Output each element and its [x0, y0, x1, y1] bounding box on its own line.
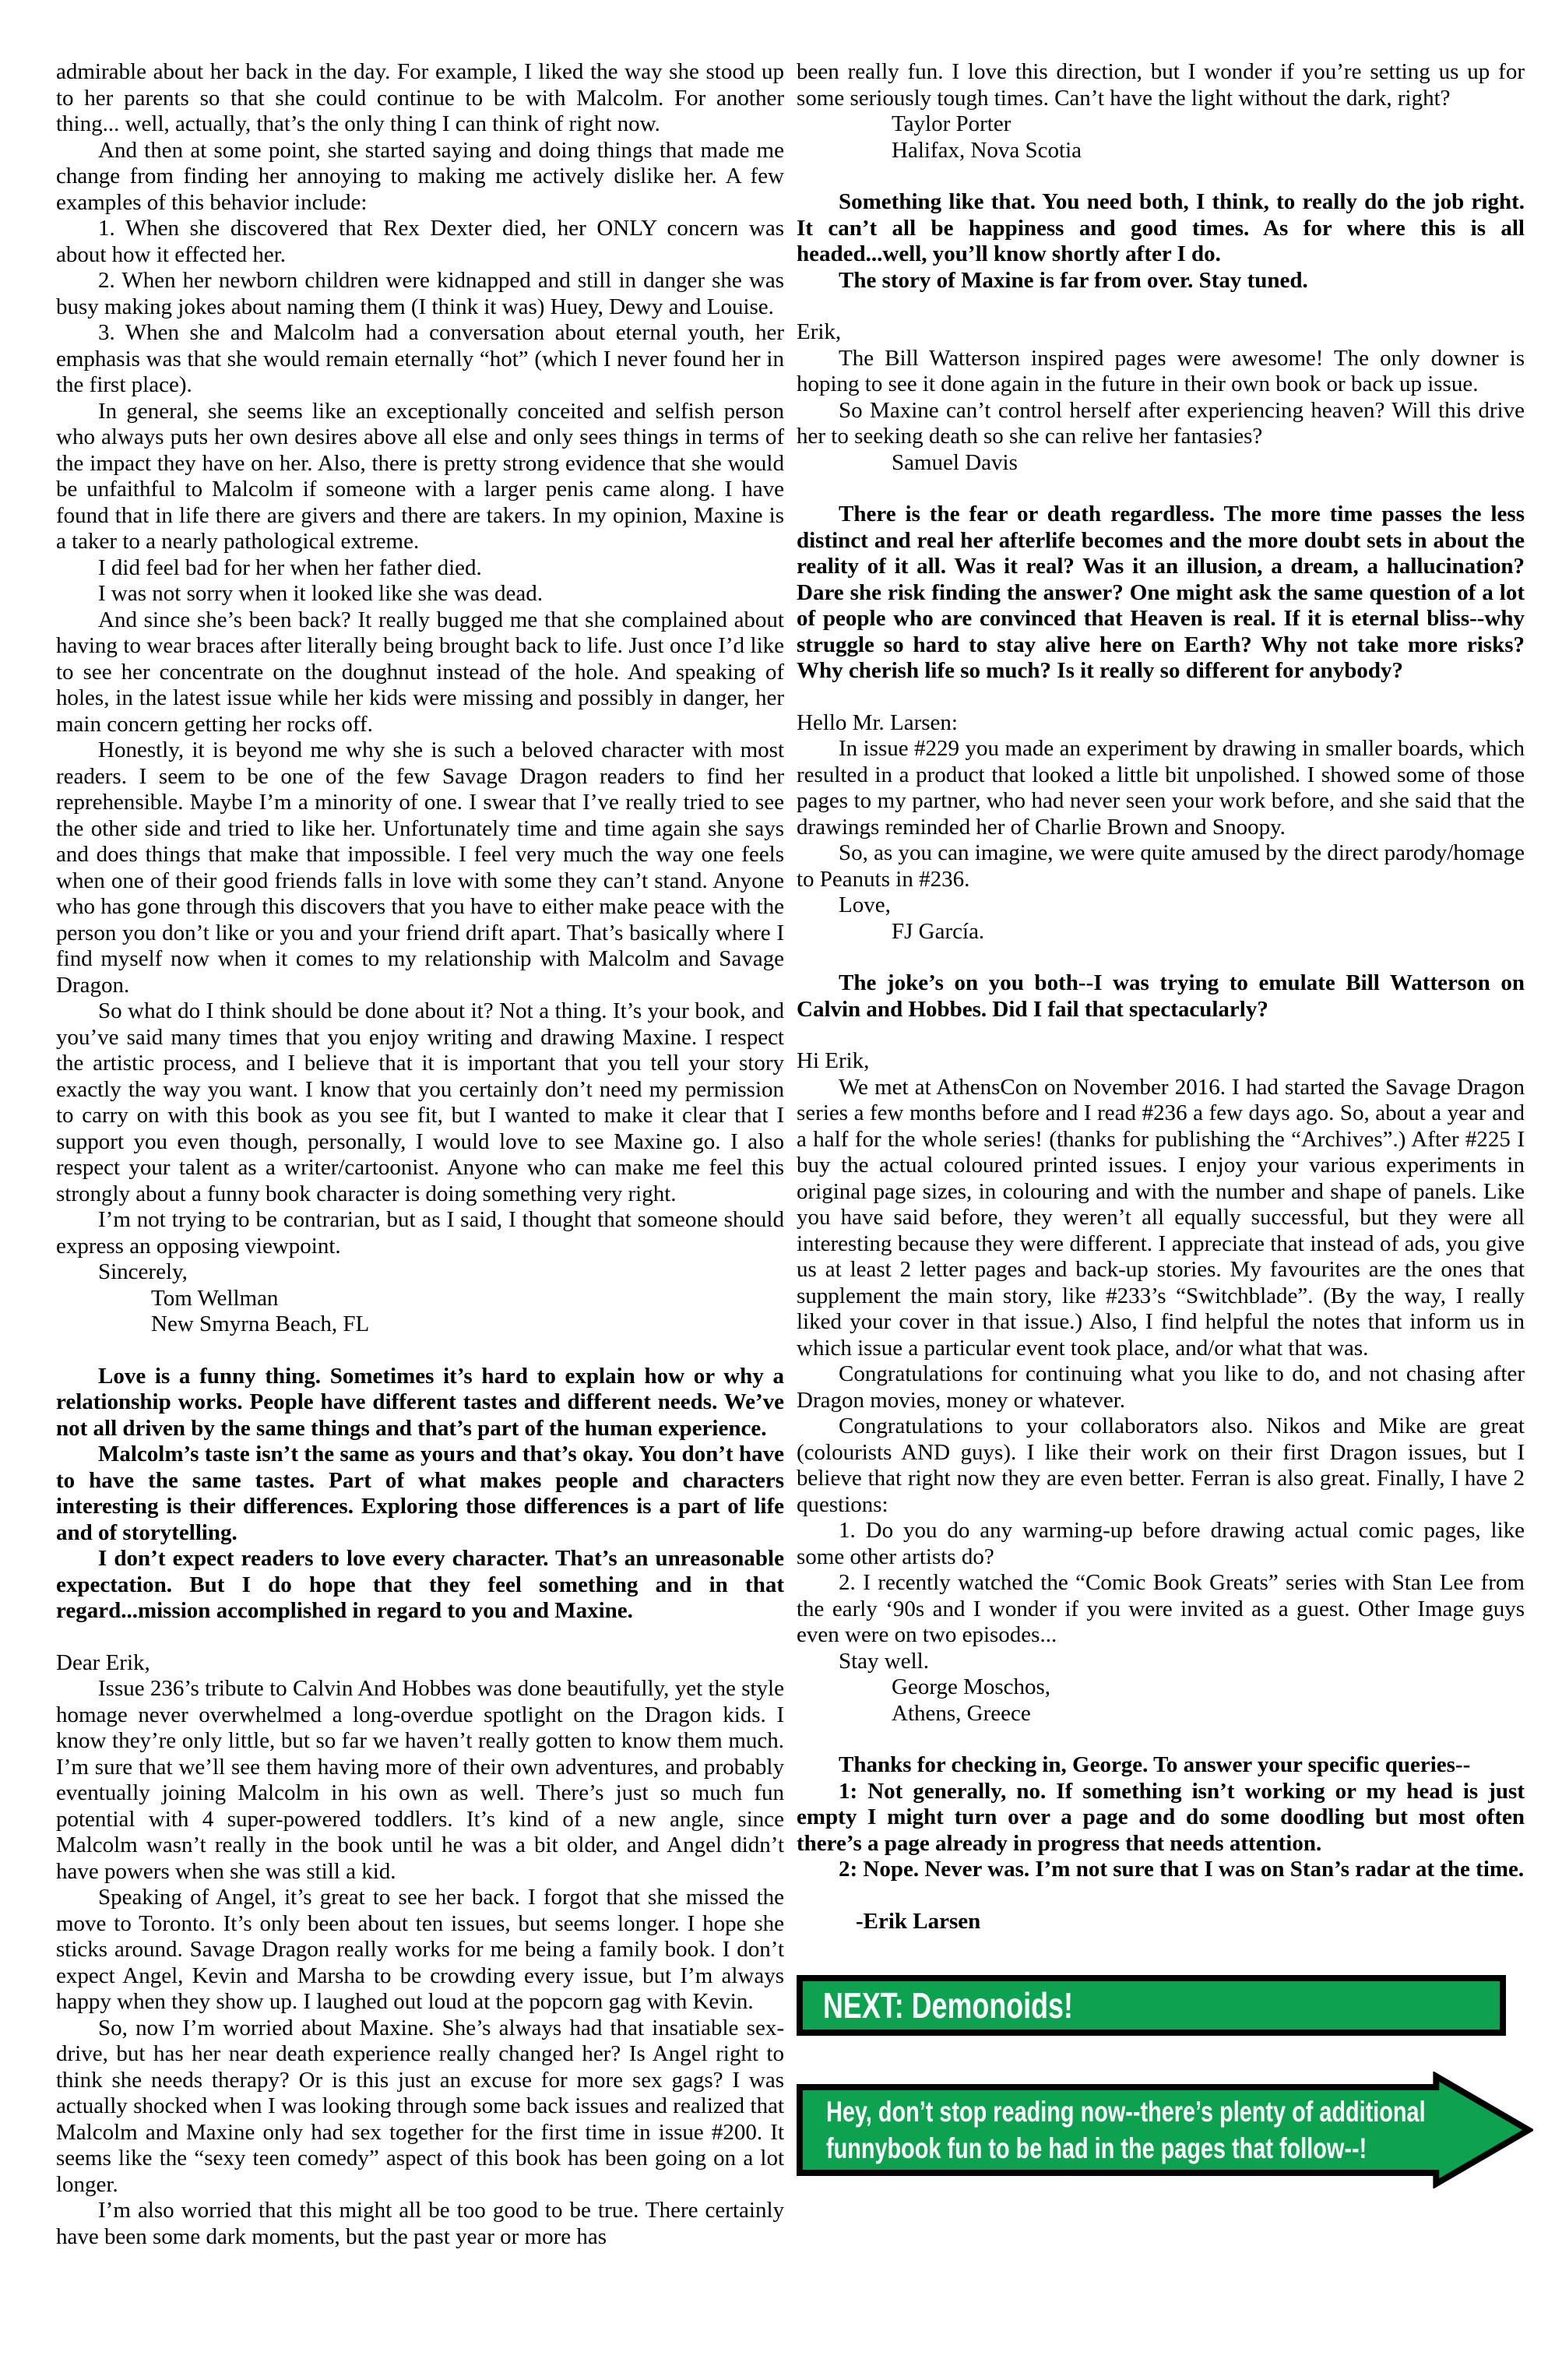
- letter-paragraph: I’m also worried that this might all be …: [56, 2198, 784, 2250]
- letter-paragraph: Malcolm’s taste isn’t the same as yours …: [56, 1442, 784, 1546]
- letter-gap: [56, 1338, 784, 1364]
- letter-paragraph: Erik,: [797, 319, 1525, 346]
- letter-gap: [797, 945, 1525, 970]
- letter-paragraph: admirable about her back in the day. For…: [56, 59, 784, 138]
- signature-line: Halifax, Nova Scotia: [797, 138, 1525, 164]
- signature-line: Love,: [797, 892, 1525, 919]
- letter-paragraph: Hi Erik,: [797, 1048, 1525, 1075]
- letter-paragraph: Issue 236’s tribute to Calvin And Hobbes…: [56, 1676, 784, 1885]
- letter-paragraph: And then at some point, she started sayi…: [56, 138, 784, 217]
- signature-line: Tom Wellman: [56, 1286, 784, 1312]
- letter-paragraph: 1. When she discovered that Rex Dexter d…: [56, 216, 784, 268]
- right-column: been really fun. I love this direction, …: [797, 59, 1525, 2250]
- letter-gap: [797, 476, 1525, 502]
- letter-paragraph: Honestly, it is beyond me why she is suc…: [56, 738, 784, 998]
- letter-paragraph: 2. When her newborn children were kidnap…: [56, 268, 784, 320]
- letter-paragraph: Congratulations for continuing what you …: [797, 1361, 1525, 1414]
- signature-line: Stay well.: [797, 1649, 1525, 1675]
- letter-gap: [797, 164, 1525, 189]
- signature-line: Athens, Greece: [797, 1701, 1525, 1727]
- letter-gap: [56, 1625, 784, 1650]
- letters-columns: admirable about her back in the day. For…: [56, 59, 1525, 2250]
- letter-paragraph: 2. I recently watched the “Comic Book Gr…: [797, 1570, 1525, 1649]
- letter-paragraph: Something like that. You need both, I th…: [797, 189, 1525, 268]
- letter-paragraph: So Maxine can’t control herself after ex…: [797, 398, 1525, 450]
- letter-paragraph: Hello Mr. Larsen:: [797, 710, 1525, 737]
- letter-gap: [797, 1727, 1525, 1752]
- continue-reading-text: Hey, don’t stop reading now--there’s ple…: [826, 2093, 1426, 2167]
- letter-paragraph: The Bill Watterson inspired pages were a…: [797, 346, 1525, 398]
- signature-line: -Erik Larsen: [797, 1909, 1525, 1935]
- next-issue-banner: NEXT: Demonoids!: [797, 1975, 1506, 2036]
- letter-paragraph: Speaking of Angel, it’s great to see her…: [56, 1885, 784, 2016]
- letter-paragraph: I’m not trying to be contrarian, but as …: [56, 1207, 784, 1259]
- letter-paragraph: 1. Do you do any warming-up before drawi…: [797, 1518, 1525, 1570]
- letter-paragraph: We met at AthensCon on November 2016. I …: [797, 1075, 1525, 1362]
- continue-reading-line2: funnybook fun to be had in the pages tha…: [826, 2130, 1426, 2167]
- signature-line: New Smyrna Beach, FL: [56, 1311, 784, 1338]
- letter-gap: [797, 1023, 1525, 1048]
- letter-paragraph: In issue #229 you made an experiment by …: [797, 736, 1525, 840]
- letter-paragraph: So what do I think should be done about …: [56, 998, 784, 1207]
- signature-line: George Moschos,: [797, 1674, 1525, 1701]
- letter-gap: [797, 294, 1525, 319]
- signature-line: FJ García.: [797, 919, 1525, 945]
- letter-paragraph: Love is a funny thing. Sometimes it’s ha…: [56, 1364, 784, 1442]
- signature-line: Taylor Porter: [797, 111, 1525, 138]
- signature-line: Sincerely,: [56, 1259, 784, 1286]
- letter-paragraph: So, now I’m worried about Maxine. She’s …: [56, 2016, 784, 2199]
- letter-paragraph: There is the fear or death regardless. T…: [797, 502, 1525, 685]
- letter-paragraph: Congratulations to your collaborators al…: [797, 1414, 1525, 1518]
- letter-paragraph: I don’t expect readers to love every cha…: [56, 1546, 784, 1625]
- letters-page: admirable about her back in the day. For…: [0, 0, 1548, 2380]
- letter-paragraph: been really fun. I love this direction, …: [797, 59, 1525, 111]
- letter-paragraph: I did feel bad for her when her father d…: [56, 555, 784, 582]
- letter-gap: [797, 1883, 1525, 1909]
- letter-gap: [797, 685, 1525, 710]
- next-issue-label: NEXT: Demonoids!: [823, 1984, 1073, 2026]
- letter-paragraph: 3. When she and Malcolm had a conversati…: [56, 320, 784, 399]
- letter-paragraph: Dear Erik,: [56, 1650, 784, 1677]
- letter-paragraph: The joke’s on you both--I was trying to …: [797, 970, 1525, 1023]
- letter-paragraph: I was not sorry when it looked like she …: [56, 581, 784, 607]
- continue-reading-line1: Hey, don’t stop reading now--there’s ple…: [826, 2093, 1426, 2130]
- letter-paragraph: In general, she seems like an exceptiona…: [56, 399, 784, 555]
- left-column: admirable about her back in the day. For…: [56, 59, 784, 2250]
- letter-paragraph: So, as you can imagine, we were quite am…: [797, 840, 1525, 892]
- letter-paragraph: The story of Maxine is far from over. St…: [797, 268, 1525, 294]
- continue-reading-banner: Hey, don’t stop reading now--there’s ple…: [797, 2072, 1517, 2188]
- signature-line: Samuel Davis: [797, 450, 1525, 477]
- letter-paragraph: 2: Nope. Never was. I’m not sure that I …: [797, 1857, 1525, 1883]
- letter-paragraph: And since she’s been back? It really bug…: [56, 607, 784, 738]
- letter-paragraph: Thanks for checking in, George. To answe…: [797, 1752, 1525, 1779]
- letter-paragraph: 1: Not generally, no. If something isn’t…: [797, 1779, 1525, 1857]
